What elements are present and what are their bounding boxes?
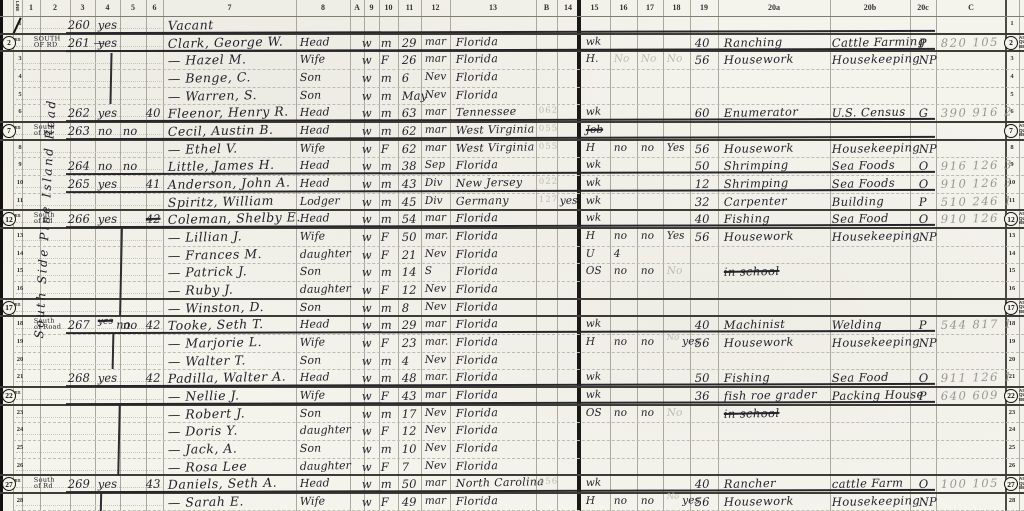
handwritten-entry: West Virginia [456,122,535,137]
handwritten-entry: West Virginia [456,140,535,155]
cell-r4-c8: Son [300,70,325,84]
column-divider-heavy [577,0,581,511]
line-number-left: 28 [14,497,26,504]
line-number-left: 25 [14,444,26,451]
handwritten-entry: w [362,353,372,367]
cell-r13-c17: no [641,230,657,242]
cell-r12-c7: Coleman, Shelby E. [168,209,304,227]
cell-r9-c2: 264 [68,159,93,174]
cell-r8-c13: West Virginia [456,140,538,155]
handwritten-entry: 100 105 3 [941,476,1013,492]
handwritten-entry: Florida [456,441,499,455]
column-header-c19: 19 [700,3,708,12]
handwritten-entry: Sep [425,159,445,171]
handwritten-entry: Florida [456,52,499,66]
handwritten-entry: Wife [300,229,325,243]
cell-r7-c11: 62 [402,124,420,138]
sample-line-badge-right: 7 [1004,124,1018,138]
cell-r10-c15: wk [586,177,605,189]
handwritten-entry: m [381,106,392,120]
cell-r8-c19: 56 [695,141,713,155]
cell-r24-c7: — Doris Y. [168,423,241,440]
handwritten-entry: 510 246 1 [941,193,1013,209]
row-separator [13,281,1024,282]
handwritten-entry: yes [98,371,118,385]
cell-r28-c16: no [614,494,630,506]
handwritten-entry: w [362,300,372,314]
cell-r7-c10: m [381,124,395,138]
cell-guide-dots [16,205,162,206]
sample-line-badge-left: 17 [2,301,16,315]
cell-r19-c8: Wife [300,335,328,349]
handwritten-entry: w [362,406,372,420]
cell-r6-c15: wk [586,106,605,118]
cell-r19-c12: mar. [425,335,452,348]
cell-r13-c20a: Housework [724,228,797,244]
cell-r25-c9: w [362,442,375,456]
cell-r23-c10: m [381,406,395,420]
handwritten-entry: w [362,106,372,120]
handwritten-entry: F [381,389,389,403]
handwritten-entry: 911 126 1 [941,370,1013,386]
cell-r16-c13: Florida [456,282,502,296]
handwritten-entry: w [362,318,372,332]
handwritten-entry: wk [586,389,602,401]
sample-line-badge-left: 2 [2,36,16,50]
column-divider [936,0,937,511]
cell-r7-c15: Job [586,124,607,136]
handwritten-entry: Wife [300,141,325,155]
handwritten-entry: Cecil, Austin B. [168,122,274,139]
handwritten-entry: No [614,53,630,65]
handwritten-entry: m [381,177,392,191]
cell-r13-c12: mar. [425,229,452,242]
cell-r12-c2: 266 [68,212,93,227]
handwritten-entry: wk [586,177,602,189]
cell-r3-c7: — Hazel M. [168,52,250,69]
handwritten-entry: 56 [695,495,710,509]
handwritten-entry: H [586,495,595,507]
cell-r4-c10: m [381,71,395,85]
handwritten-entry: Nev [425,406,447,418]
cell-r19-c15: H [586,336,598,348]
column-divider [421,0,422,511]
cell-r22-c10: F [381,389,392,403]
handwritten-entry: Padilla, Walter A. [168,369,287,386]
cell-r19-c20a: Housework [724,334,797,350]
cell-r3-c18: No [667,53,686,65]
line-number-right: 8 [1006,144,1018,151]
cell-r21-cC: 911 126 1 [941,370,1016,386]
cell-r14-c10: F [381,247,392,261]
handwritten-entry: 640 609 1 [941,387,1013,403]
cell-r17-c13: Florida [456,300,502,314]
cell-r3-c20c: NP [919,53,940,67]
handwritten-entry: U [586,247,595,259]
handwritten-entry: — Nellie J. [168,387,240,403]
handwritten-entry: Anderson, John A. [168,174,291,192]
handwritten-entry: Housework [724,228,794,243]
handwritten-entry: 56 [695,336,710,350]
cell-r21-c11: 48 [402,371,420,385]
handwritten-entry: NP [919,53,937,67]
handwritten-entry: — Rosa Lee [168,458,248,475]
handwritten-entry: w [362,371,372,385]
handwritten-entry: m [381,406,392,420]
handwritten-entry: mar [425,318,446,330]
handwritten-entry: — Walter T. [168,352,246,369]
cell-r14-c12: Nev [425,247,450,260]
cell-r19-c9: w [362,336,375,350]
handwritten-entry: no [123,318,138,332]
column-header-c13: 13 [489,3,497,12]
handwritten-entry: w [362,53,372,67]
handwritten-entry: 127 [539,194,558,204]
handwritten-entry: 8 [402,300,410,314]
handwritten-entry: — Doris Y. [168,423,238,439]
cell-r23-c15: OS [586,406,605,418]
handwritten-entry: m [381,88,392,102]
handwritten-ditto-stroke [100,493,102,511]
cell-r5-c8: Son [300,88,325,102]
cell-r13-c10: F [381,230,392,244]
handwritten-entry: 62 [402,124,417,138]
cell-r25-c7: — Jack, A. [168,440,241,457]
handwritten-entry: yes [98,35,118,49]
cell-r10-c9: w [362,177,375,191]
handwritten-entry: mar [425,35,446,47]
column-header-c17: 17 [646,3,654,12]
handwritten-entry: — Lillian J. [168,228,243,245]
cell-r4-c13: Florida [456,70,502,84]
handwritten-entry: no [614,495,627,507]
cell-r15-c13: Florida [456,264,502,278]
cell-r25-c10: m [381,442,395,456]
cell-r2-c12: mar [425,35,449,48]
cell-r7-c12: mar [425,123,449,136]
handwritten-entry: Housekeeping [832,228,921,244]
cell-r16-c7: — Ruby J. [168,281,237,297]
cell-r15-c12: S [425,265,435,277]
handwritten-entry: Housekeeping [832,334,921,350]
cell-r28-c20a: Housework [724,493,797,509]
cell-r10-c10: m [381,177,395,191]
column-header-c20b: 20b [864,3,876,12]
handwritten-entry: 14 [402,265,417,279]
cell-r6-c3: yes [98,106,121,120]
cell-r18-c2: 267 [68,318,93,333]
handwritten-entry: NP [919,141,937,155]
handwritten-entry: 43 [402,177,417,191]
handwritten-entry: 269 [68,477,90,491]
handwritten-entry: Wife [300,335,325,349]
cell-r13-c15: H [586,230,598,242]
cell-r3-c20b: Housekeeping [832,51,924,67]
cell-r5-c12: Nev [425,88,450,101]
handwritten-entry: Housework [724,52,794,67]
handwritten-entry: wk [586,159,602,171]
cell-r11-c15: wk [586,194,605,206]
cell-r23-c8: Son [300,406,325,420]
line-number-right: 5 [1006,91,1018,98]
column-header-c12: 12 [432,3,440,12]
header-underline [0,16,1024,17]
handwritten-entry: 266 [68,212,90,226]
cell-r10-cC: 910 126 3 [941,175,1016,191]
handwritten-entry: 42 [146,371,161,385]
cell-r11-cC: 510 246 1 [941,193,1016,209]
handwritten-entry: — Ruby J. [168,282,234,298]
handwritten-entry: Div [425,177,443,189]
cell-r11-c19: 32 [695,194,713,208]
handwritten-entry: Florida [456,335,499,349]
handwritten-entry: 056 [539,477,558,487]
cell-r8-c8: Wife [300,141,328,155]
cell-r19-c17: no [641,336,657,348]
handwritten-entry: mar [425,212,446,224]
column-header-c6: 6 [153,3,157,12]
handwritten-entry: m [381,159,392,173]
line-number-left: 5 [14,91,26,98]
cell-r17-c9: w [362,300,375,314]
handwritten-entry: in school [724,264,780,279]
handwritten-entry: Head [300,318,330,332]
handwritten-entry: Florida [456,388,499,402]
cell-r15-c15: OS [586,265,605,277]
cell-r16-c8: daughter [300,282,354,296]
handwritten-entry: w [362,124,372,138]
line-number-right: 24 [1006,426,1018,433]
cell-r17-c10: m [381,300,395,314]
cell-r9-c12: Sep [425,159,448,171]
handwritten-entry: yes [98,18,118,32]
cell-r10-c11: 43 [402,177,420,191]
cell-r2-c13: Florida [456,35,502,49]
handwritten-entry: H. [586,53,599,65]
cell-guide-dots [16,364,162,365]
cell-r2-c3: yes [98,35,121,49]
cell-r21-c13: Florida [456,370,502,384]
cell-r5-c10: m [381,88,395,102]
row-separator [13,87,1024,88]
cell-r12-c11: 54 [402,212,420,226]
cell-r2-c10: m [381,35,395,49]
handwritten-entry: 32 [695,194,710,208]
handwritten-entry: wk [586,106,602,118]
cell-r28-c15: H [586,495,598,507]
cell-r18-cC: 544 817 1 [941,317,1016,333]
handwritten-entry: Housekeeping [832,493,921,509]
cell-r24-c12: Nev [425,424,450,437]
handwritten-entry: Florida [456,211,499,225]
handwritten-entry: Florida [456,353,499,367]
handwritten-entry: P [919,194,927,208]
handwritten-entry: F [381,424,389,438]
cell-r26-c11: 7 [402,459,413,473]
column-divider [536,0,537,511]
handwritten-entry: No [667,491,680,501]
handwritten-entry: Lodger [300,194,340,208]
cell-r14-c7: — Frances M. [168,246,265,263]
handwritten-entry: Florida [456,423,499,437]
handwritten-entry: 022 [539,177,558,187]
handwritten-entry: Florida [456,264,499,278]
cell-r28-c10: F [381,495,392,509]
handwritten-entry: daughter [300,423,351,437]
column-header-c11: 11 [406,3,414,12]
handwritten-entry: Spiritz, William [168,192,274,209]
line-number-left: 13 [14,232,26,239]
handwritten-entry: Head [300,123,330,137]
cell-r15-c8: Son [300,265,325,279]
cell-r21-c7: Padilla, Walter A. [168,369,290,387]
line-number-right: 4 [1006,73,1018,80]
handwritten-entry: 4 [402,353,410,367]
cell-r3-c17: No [641,53,660,65]
line-number-left: 15 [14,267,26,274]
handwritten-entry: 265 [68,176,90,190]
column-divider [296,0,297,511]
cell-r14-c15: U [586,247,598,259]
cell-r21-c2: 268 [68,371,93,386]
handwritten-entry: NP [919,494,937,508]
handwritten-entry: — Hazel M. [168,52,247,69]
cell-r23-c11: 17 [402,406,420,420]
column-divider [557,0,558,511]
cell-r26-c10: F [381,459,392,473]
cell-guide-dots [16,452,162,453]
cell-r15-c7: — Patrick J. [168,264,251,281]
cell-r15-c16: no [614,265,630,277]
handwritten-entry: 267 [68,318,90,332]
handwritten-entry: Florida [456,300,499,314]
handwritten-entry: 055 [539,124,558,134]
cell-r2-c7: Clark, George W. [168,33,287,50]
handwritten-entry: Yes [667,141,685,153]
cell-r1-c7: Vacant [168,17,217,33]
row-separator [13,440,1024,441]
column-divider [663,0,664,511]
handwritten-entry: — Warren, S. [168,87,257,104]
cell-r7-c2: 263 [68,123,93,138]
handwritten-entry: 17 [402,406,417,420]
handwritten-entry: no [123,159,138,173]
cell-r11-c11: 45 [402,194,420,208]
handwritten-entry: F [381,53,389,67]
cell-r28-c7: — Sarah E. [168,493,247,510]
handwritten-entry: 4 [614,247,621,259]
line-number-left: 26 [14,462,26,469]
cell-r5-c9: w [362,88,375,102]
handwritten-entry: wk [586,212,602,224]
cell-r11-c7: Spiritz, William [168,192,277,209]
handwritten-entry: Son [300,265,322,278]
handwritten-entry: mar. [425,335,449,347]
handwritten-entry: Div [425,194,443,206]
handwritten-entry: Housekeeping [832,140,921,156]
handwritten-entry: 6 [402,71,410,85]
handwritten-entry: 12 [402,283,417,297]
sample-badge-note-right: BELOW [1019,310,1024,315]
cell-r2-c8: Head [300,35,333,49]
handwritten-entry: w [362,336,372,350]
cell-r9-c13: Florida [456,158,502,172]
handwritten-entry: yes [98,177,118,191]
cell-r27-c12: mar [425,477,449,490]
cell-r27-c2: 269 [68,477,93,492]
cell-r6-cC: 390 916 2 [941,105,1016,121]
handwritten-entry: — Winston, D. [168,299,264,316]
handwritten-entry: — Sarah E. [168,493,244,510]
cell-r13-c13: Florida [456,229,502,243]
handwritten-entry: Head [300,35,330,49]
cell-r8-c15: H [586,141,598,153]
cell-r28-c8: Wife [300,494,328,508]
handwritten-entry: w [362,88,372,102]
handwritten-entry: no [641,141,654,153]
cell-r22-c13: Florida [456,388,502,402]
handwritten-entry: Head [300,176,330,190]
handwritten-entry: 48 [402,371,417,385]
cell-r4-c9: w [362,71,375,85]
handwritten-entry: no [123,124,138,138]
cell-guide-dots [16,63,162,64]
handwritten-entry: Daniels, Seth A. [168,475,278,492]
handwritten-entry: 63 [402,106,417,120]
line-number-right: 19 [1006,338,1018,345]
handwritten-entry: Florida [456,88,499,102]
handwritten-entry: no [641,265,654,277]
cell-r28-c20b: Housekeeping [832,493,924,509]
cell-r12-c3: yes [98,212,121,226]
cell-r11-c20b: Building [832,193,888,208]
cell-r19-c20b: Housekeeping [832,334,924,350]
cell-r8-c17: no [641,141,657,153]
handwritten-entry: OS [586,265,602,277]
cell-r8-c10: F [381,141,392,155]
line-number-left: 20 [14,356,26,363]
column-header-c4: 4 [106,3,110,12]
handwritten-entry: 820 105 1 [941,34,1013,50]
handwritten-entry: wk [586,35,602,47]
line-number-left: 16 [14,285,26,292]
handwritten-entry: 910 126 3 [941,211,1013,227]
cell-r7-c8: Head [300,123,333,137]
handwritten-entry: w [362,459,372,473]
line-number-left: 3 [14,55,26,62]
handwritten-entry: Head [300,106,330,120]
sample-line-badge-right: 2 [1004,36,1018,50]
column-divider [830,0,831,511]
handwritten-entry: NP [919,230,937,244]
line-number-left: 6 [14,108,26,115]
handwritten-entry: — Frances M. [168,246,262,263]
handwritten-entry: mar [425,494,446,506]
handwritten-entry: m [381,212,392,226]
cell-r25-c11: 10 [402,441,420,455]
cell-r23-c20a: in school [724,405,783,420]
cell-r27-cB: 056 [539,477,561,487]
handwritten-entry: Florida [456,406,499,420]
sample-badge-note-right: BELOW [1019,398,1024,403]
cell-r6-c9: w [362,106,375,120]
cell-r27-c15: wk [586,477,605,489]
cell-r15-c11: 14 [402,265,420,279]
cell-r28-c20c: NP [919,494,940,508]
cell-r3-c20a: Housework [724,52,797,68]
cell-r27-c11: 50 [402,477,420,491]
sample-row-top-border [0,298,1024,300]
